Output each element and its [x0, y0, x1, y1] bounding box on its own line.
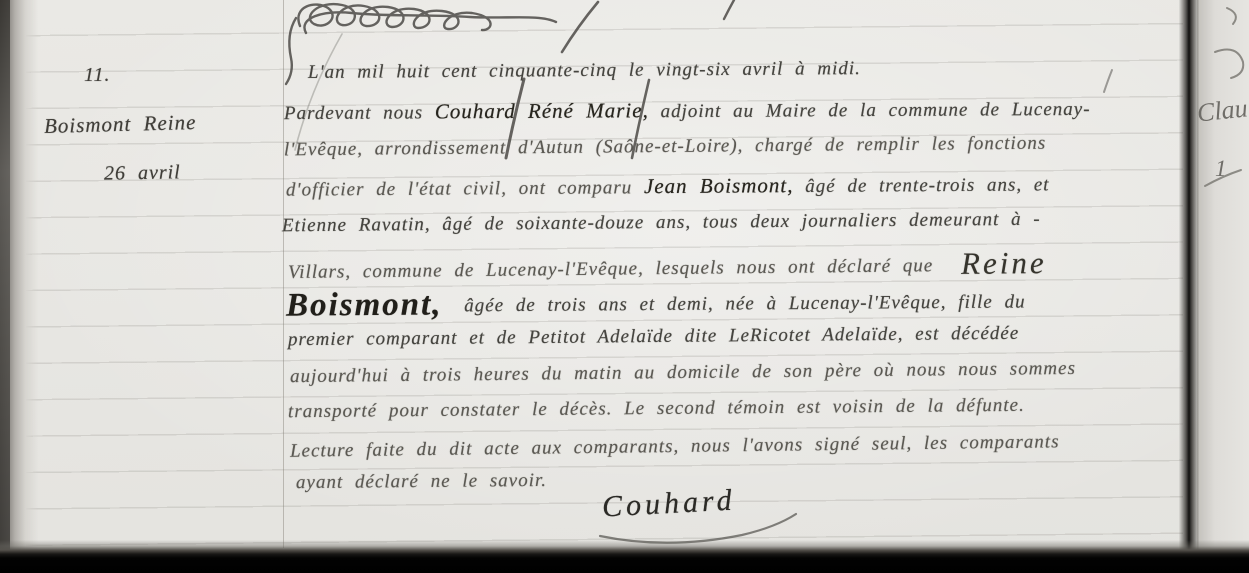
- officiant-signature: Couhard: [601, 484, 736, 525]
- deceased-surname-emphasis: Boismont,: [286, 286, 443, 323]
- margin-date: 26 avril: [104, 161, 181, 185]
- declarant-name: Jean Boismont,: [644, 173, 794, 198]
- act-line-2: Pardevant nous Couhard Réné Marie, adjoi…: [284, 96, 1091, 125]
- act-line-5: Etienne Ravatin, âgé de soixante-douze a…: [282, 209, 1041, 238]
- officiant-name: Couhard Réné Marie,: [435, 98, 649, 123]
- act-line-7: Boismont, âgée de trois ans et demi, née…: [286, 282, 1026, 324]
- next-page-sliver: Clau 1: [1197, 0, 1249, 573]
- act-line-9: aujourd'hui à trois heures du matin au d…: [290, 358, 1076, 388]
- act-line-1: L'an mil huit cent cinquante-cinq le vin…: [308, 58, 861, 84]
- act-line-3: l'Evêque, arrondissement d'Autun (Saône-…: [284, 133, 1046, 162]
- next-page-fragment-name: Clau: [1196, 93, 1249, 128]
- margin-deceased-name: Boismont Reine: [44, 110, 197, 139]
- act-line-11: Lecture faite du dit acte aux comparants…: [290, 431, 1060, 462]
- act-line-12: ayant déclaré ne le savoir.: [296, 470, 547, 494]
- act-line-2-pre: Pardevant nous: [284, 102, 423, 124]
- act-line-10: transporté pour constater le décès. Le s…: [288, 395, 1025, 423]
- left-scan-edge: [0, 0, 10, 573]
- next-page-flourish-icon: [1197, 0, 1249, 573]
- next-page-fragment-number: 1: [1215, 156, 1227, 182]
- margin-act-number: 11.: [84, 64, 111, 87]
- margin-rule-line: [283, 0, 284, 548]
- register-scan-page: 11. Boismont Reine 26 avril L'an mil hui…: [0, 0, 1249, 573]
- bottom-scan-edge: [0, 540, 1249, 573]
- binding-shadow: [1179, 0, 1199, 573]
- act-line-2-post: adjoint au Maire de la commune de Lucena…: [660, 99, 1090, 122]
- act-line-7-text: âgée de trois ans et demi, née à Lucenay…: [464, 291, 1025, 316]
- act-line-6-text: Villars, commune de Lucenay-l'Evêque, le…: [288, 255, 933, 283]
- act-line-4-pre: d'officier de l'état civil, ont comparu: [286, 177, 632, 200]
- act-line-8: premier comparant et de Petitot Adelaïde…: [288, 323, 1019, 351]
- deceased-firstname-emphasis: Reine: [961, 245, 1047, 281]
- act-line-4: d'officier de l'état civil, ont comparu …: [286, 171, 1050, 201]
- act-line-4-post: âgé de trente-trois ans, et: [805, 174, 1049, 197]
